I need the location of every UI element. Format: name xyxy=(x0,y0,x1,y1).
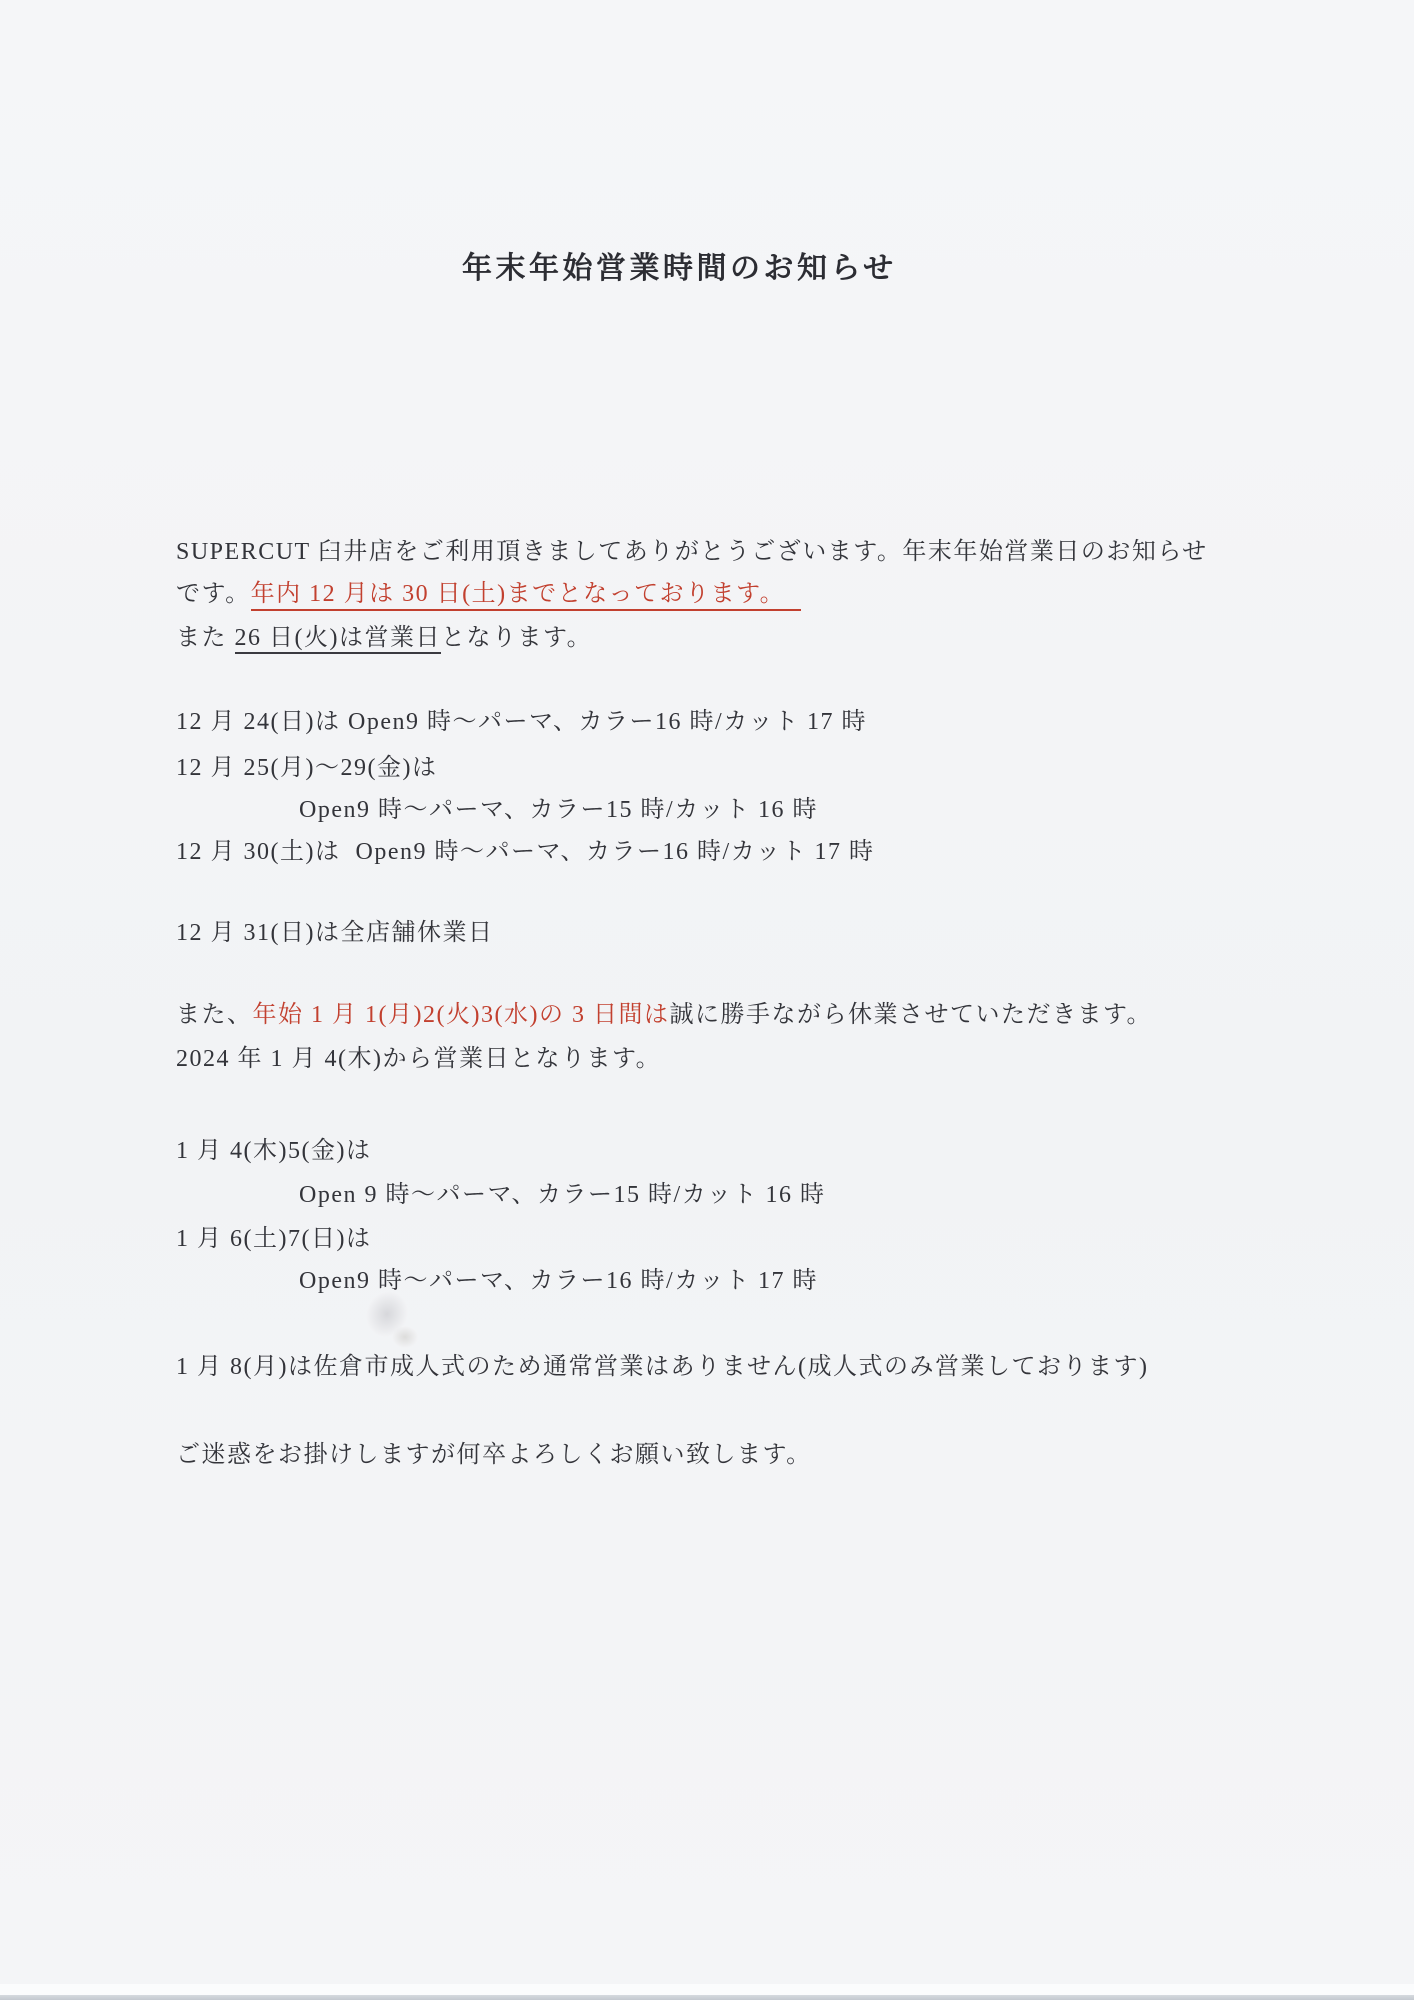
scan-smudge-small xyxy=(392,1326,418,1348)
schedule-jan4-5-hours: Open 9 時〜パーマ、カラー15 時/カット 16 時 xyxy=(299,1174,825,1209)
closure-suffix: 誠に勝手ながら休業させていただきます。 xyxy=(669,1002,1152,1028)
open-day-prefix: また xyxy=(176,625,235,651)
intro-line-deadline: です。年内 12 月は 30 日(土)までとなっております。 xyxy=(176,573,801,608)
newyear-closure-line: また、年始 1 月 1(月)2(火)3(水)の 3 日間は誠に勝手ながら休業させ… xyxy=(176,994,1152,1029)
page-title: 年末年始営業時間のお知らせ xyxy=(462,243,897,287)
schedule-jan6-7: 1 月 6(土)7(日)は xyxy=(176,1218,371,1253)
schedule-dec25-29-hours: Open9 時〜パーマ、カラー15 時/カット 16 時 xyxy=(299,789,818,824)
open-day-underlined-text: 26 日(火)は営業日 xyxy=(235,625,441,654)
scan-edge-highlight xyxy=(0,1984,1414,1995)
scan-edge-shadow xyxy=(0,1995,1414,2000)
schedule-dec30: 12 月 30(土)は Open9 時〜パーマ、カラー16 時/カット 17 時 xyxy=(176,831,874,866)
schedule-dec31-closed: 12 月 31(日)は全店舗休業日 xyxy=(176,912,493,947)
closure-red-text: 年始 1 月 1(月)2(火)3(水)の 3 日間は xyxy=(253,1002,670,1028)
intro-line-greeting: SUPERCUT 臼井店をご利用頂きましてありがとうございます。年末年始営業日の… xyxy=(176,531,1208,566)
schedule-dec24: 12 月 24(日)は Open9 時〜パーマ、カラー16 時/カット 17 時 xyxy=(176,701,867,736)
schedule-jan4-5: 1 月 4(木)5(金)は xyxy=(176,1130,371,1165)
newyear-reopen-line: 2024 年 1 月 4(木)から営業日となります。 xyxy=(176,1038,661,1073)
schedule-dec25-29: 12 月 25(月)〜29(金)は xyxy=(176,747,437,782)
schedule-jan8-ceremony-note: 1 月 8(月)は佐倉市成人式のため通常営業はありません(成人式のみ営業しており… xyxy=(176,1346,1148,1381)
deadline-red-underlined-text: 年内 12 月は 30 日(土)までとなっております。 xyxy=(251,581,802,611)
open-day-suffix: となります。 xyxy=(441,625,592,651)
closing-apology-line: ご迷惑をお掛けしますが何卒よろしくお願い致します。 xyxy=(176,1434,812,1469)
deadline-prefix: です。 xyxy=(176,581,251,607)
scanned-notice-page: 年末年始営業時間のお知らせ SUPERCUT 臼井店をご利用頂きましてありがとう… xyxy=(0,0,1414,2000)
intro-line-open-day: また 26 日(火)は営業日となります。 xyxy=(176,617,592,652)
closure-prefix: また、 xyxy=(176,1002,253,1028)
